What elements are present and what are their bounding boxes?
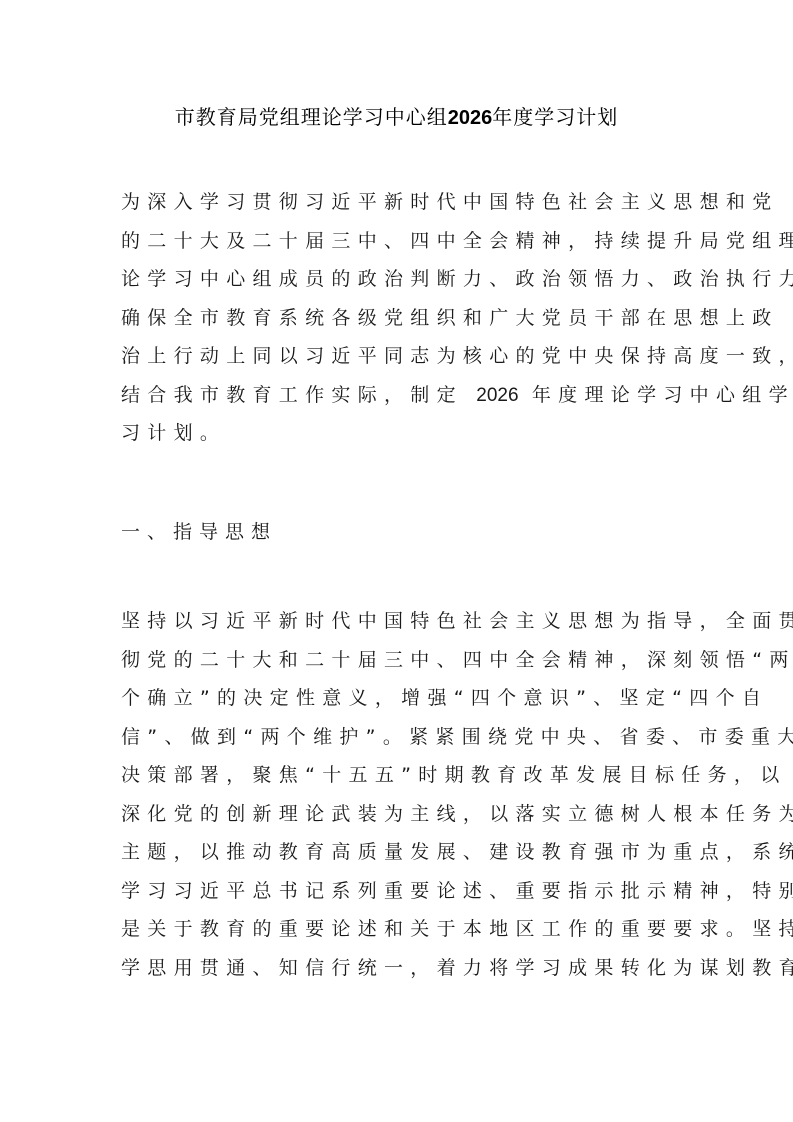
paragraph-line: 是关于教育的重要论述和关于本地区工作的重要要求。坚持 xyxy=(121,910,677,949)
line-text: 年度理论学习中心组学 xyxy=(519,384,793,406)
document-page: 市教育局党组理论学习中心组2026年度学习计划 为深入学习贯彻习近平新时代中国特… xyxy=(0,0,793,1122)
paragraph-line: 结合我市教育工作实际，制定 2026 年度理论学习中心组学 xyxy=(121,376,677,415)
intro-paragraph: 为深入学习贯彻习近平新时代中国特色社会主义思想和党 的二十大及二十届三中、四中全… xyxy=(121,183,677,453)
paragraph-line: 的二十大及二十届三中、四中全会精神，持续提升局党组理 xyxy=(121,222,677,261)
paragraph-line: 为深入学习贯彻习近平新时代中国特色社会主义思想和党 xyxy=(121,183,677,222)
paragraph-line: 学习习近平总书记系列重要论述、重要指示批示精神，特别 xyxy=(121,872,677,911)
title-prefix: 市教育局党组理论学习中心组 xyxy=(175,105,448,129)
paragraph-line: 决策部署，聚焦“十五五”时期教育改革发展目标任务，以 xyxy=(121,756,677,795)
line-text: 结合我市教育工作实际，制定 xyxy=(121,384,476,406)
paragraph-line: 治上行动上同以习近平同志为核心的党中央保持高度一致， xyxy=(121,337,677,376)
guiding-thought-paragraph: 坚持以习近平新时代中国特色社会主义思想为指导，全面贯 彻党的二十大和二十届三中、… xyxy=(121,602,677,987)
paragraph-line: 个确立”的决定性意义，增强“四个意识”、坚定“四个自 xyxy=(121,679,677,718)
title-year: 2026 xyxy=(448,107,493,129)
paragraph-line: 主题，以推动教育高质量发展、建设教育强市为重点，系统 xyxy=(121,833,677,872)
paragraph-line: 确保全市教育系统各级党组织和广大党员干部在思想上政 xyxy=(121,299,677,338)
paragraph-line: 习计划。 xyxy=(121,414,677,453)
paragraph-line: 深化党的创新理论武装为主线，以落实立德树人根本任务为 xyxy=(121,795,677,834)
title-suffix: 年度学习计划 xyxy=(492,105,618,129)
paragraph-line: 坚持以习近平新时代中国特色社会主义思想为指导，全面贯 xyxy=(121,602,677,641)
paragraph-line: 论学习中心组成员的政治判断力、政治领悟力、政治执行力， xyxy=(121,260,677,299)
paragraph-line: 信”、做到“两个维护”。紧紧围绕党中央、省委、市委重大 xyxy=(121,718,677,757)
document-title: 市教育局党组理论学习中心组2026年度学习计划 xyxy=(0,102,793,133)
paragraph-line: 彻党的二十大和二十届三中、四中全会精神，深刻领悟“两 xyxy=(121,641,677,680)
section-heading-guiding-thought: 一、指导思想 xyxy=(121,517,277,547)
year-number: 2026 xyxy=(476,385,518,406)
paragraph-line: 学思用贯通、知信行统一，着力将学习成果转化为谋划教育 xyxy=(121,949,677,988)
